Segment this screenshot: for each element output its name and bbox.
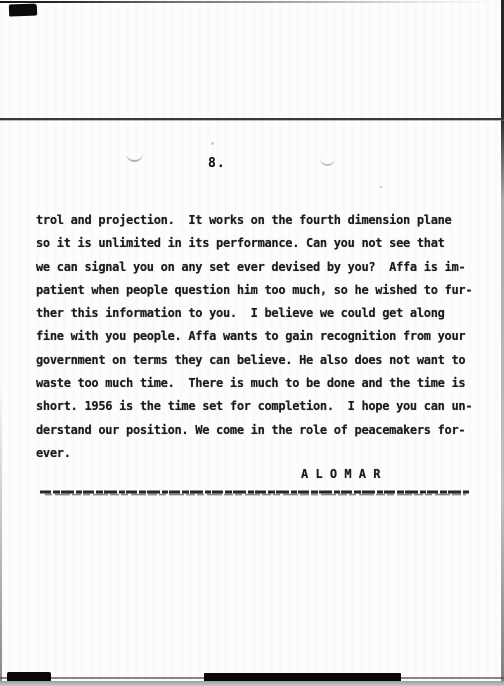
page-number: 8. [208, 156, 226, 171]
header-rule-line [0, 118, 504, 121]
text-line: derstand our position. We come in the ro… [36, 419, 481, 442]
text-line: ther this information to you. I believe … [36, 302, 481, 325]
paper-speck [379, 186, 383, 188]
faint-curl-mark-right [320, 157, 335, 166]
text-line: trol and projection. It works on the fou… [36, 209, 481, 232]
scan-artifact-top-edge [0, 1, 504, 3]
text-line: short. 1956 is the time set for completi… [36, 395, 481, 418]
scan-artifact-top-left-mark [9, 4, 37, 17]
text-line: fine with you people. Affa wants to gain… [36, 325, 481, 348]
letter-body: trol and projection. It works on the fou… [36, 209, 481, 465]
typed-strike-line [38, 488, 472, 499]
scan-artifact-left-edge [0, 0, 2, 686]
text-line: we can signal you on any set ever devise… [36, 256, 481, 279]
faint-curl-mark-left [126, 152, 143, 162]
document-page: 8. trol and projection. It works on the … [0, 0, 504, 686]
text-line: ever. [36, 442, 481, 465]
text-line: so it is unlimited in its performance. C… [36, 232, 481, 255]
text-line: patient when people question him too muc… [36, 279, 481, 302]
text-line: waste too much time. There is much to be… [36, 372, 481, 395]
paper-speck [211, 142, 214, 145]
scan-artifact-bottom-shadow [0, 681, 504, 686]
signature-alomar: A L O M A R [301, 467, 380, 481]
text-line: government on terms they can believe. He… [36, 349, 481, 372]
